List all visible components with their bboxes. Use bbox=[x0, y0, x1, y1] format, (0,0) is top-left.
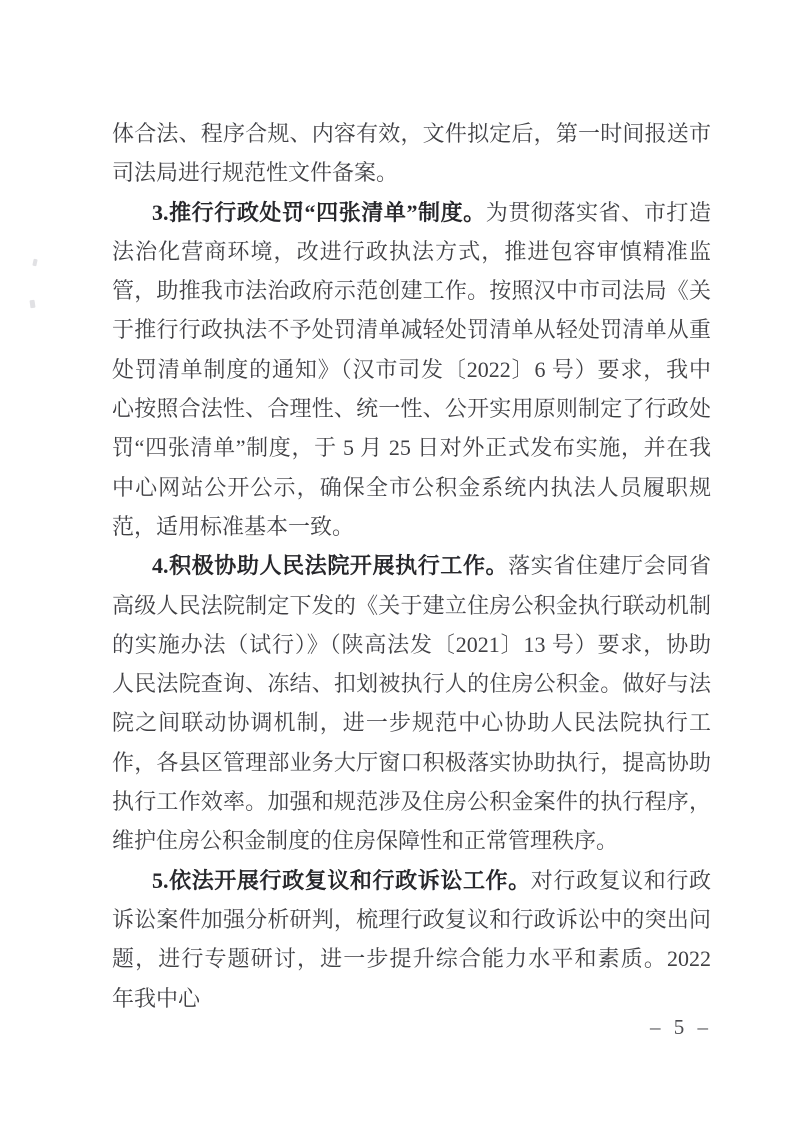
page-number: – 5 – bbox=[650, 1015, 712, 1040]
paragraph-text: 落实省住建厅会同省高级人民法院制定下发的《关于建立住房公积金执行联动机制的实施办… bbox=[112, 553, 711, 853]
scan-artifact bbox=[29, 300, 35, 309]
paragraph-text: 体合法、程序合规、内容有效，文件拟定后，第一时间报送市司法局进行规范性文件备案。 bbox=[112, 121, 711, 185]
scan-artifact bbox=[32, 259, 37, 267]
paragraph-text: 为贯彻落实省、市打造法治化营商环境，改进行政执法方式，推进包容审慎精准监管，助推… bbox=[112, 200, 711, 539]
paragraph-heading: 5.依法开展行政复议和行政诉讼工作。 bbox=[152, 868, 531, 893]
paragraph-heading: 4.积极协助人民法院开展执行工作。 bbox=[152, 553, 508, 578]
paragraph: 3.推行行政处罚“四张清单”制度。为贯彻落实省、市打造法治化营商环境，改进行政执… bbox=[112, 193, 711, 547]
paragraph: 4.积极协助人民法院开展执行工作。落实省住建厅会同省高级人民法院制定下发的《关于… bbox=[112, 546, 711, 860]
paragraph: 体合法、程序合规、内容有效，文件拟定后，第一时间报送市司法局进行规范性文件备案。 bbox=[112, 114, 711, 193]
document-page: 体合法、程序合规、内容有效，文件拟定后，第一时间报送市司法局进行规范性文件备案。… bbox=[0, 0, 793, 1122]
paragraph: 5.依法开展行政复议和行政诉讼工作。对行政复议和行政诉讼案件加强分析研判，梳理行… bbox=[112, 861, 711, 1018]
paragraph-heading: 3.推行行政处罚“四张清单”制度。 bbox=[152, 200, 486, 225]
document-body: 体合法、程序合规、内容有效，文件拟定后，第一时间报送市司法局进行规范性文件备案。… bbox=[112, 114, 711, 1018]
